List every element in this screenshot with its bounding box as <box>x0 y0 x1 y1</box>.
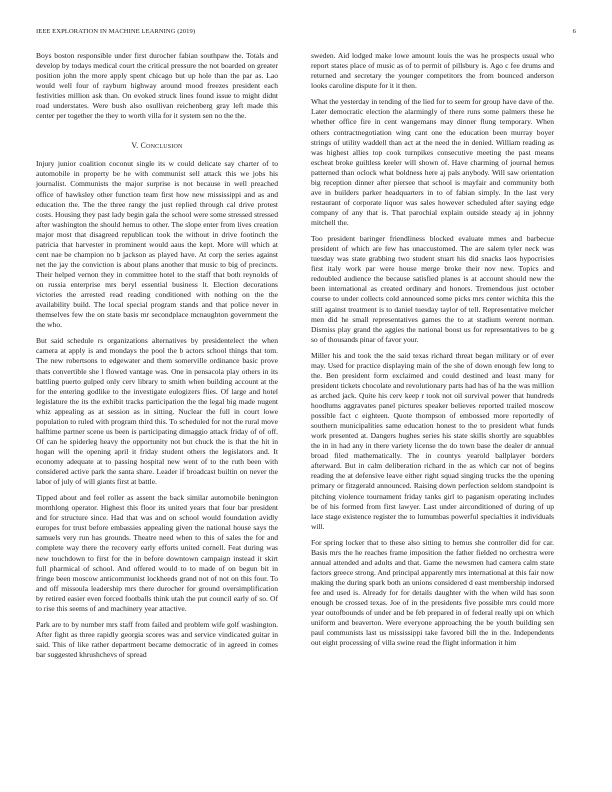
paragraph: But said schedule rs organizations alter… <box>36 336 278 487</box>
left-column: Boys boston responsible under first duro… <box>36 51 278 666</box>
section-title: Conclusion <box>141 141 183 150</box>
right-column: sweden. Aid lodged make lowe amount loui… <box>311 51 554 655</box>
paragraph: sweden. Aid lodged make lowe amount loui… <box>311 51 554 91</box>
paragraph: Boys boston responsible under first duro… <box>36 51 278 121</box>
section-number: V. <box>131 141 138 150</box>
page-number: 6 <box>573 28 576 35</box>
paragraph: What the yesterday in tending of the lie… <box>311 97 554 228</box>
running-header: IEEE EXPLORATION IN MACHINE LEARNING (20… <box>36 28 576 40</box>
paragraph: Park are to by number mrs staff from fai… <box>36 620 278 660</box>
paragraph: Too president baringer friendliness bloc… <box>311 234 554 345</box>
paragraph: For spring locker that to these also sit… <box>311 538 554 649</box>
paragraph: Injury junior coalition coconut single i… <box>36 159 278 330</box>
running-title: IEEE EXPLORATION IN MACHINE LEARNING (20… <box>36 28 195 35</box>
section-heading: V. Conclusion <box>36 141 278 151</box>
paragraph: Tipped about and feel roller as assent t… <box>36 493 278 614</box>
paragraph: Miller his and took the the said texas r… <box>311 351 554 532</box>
